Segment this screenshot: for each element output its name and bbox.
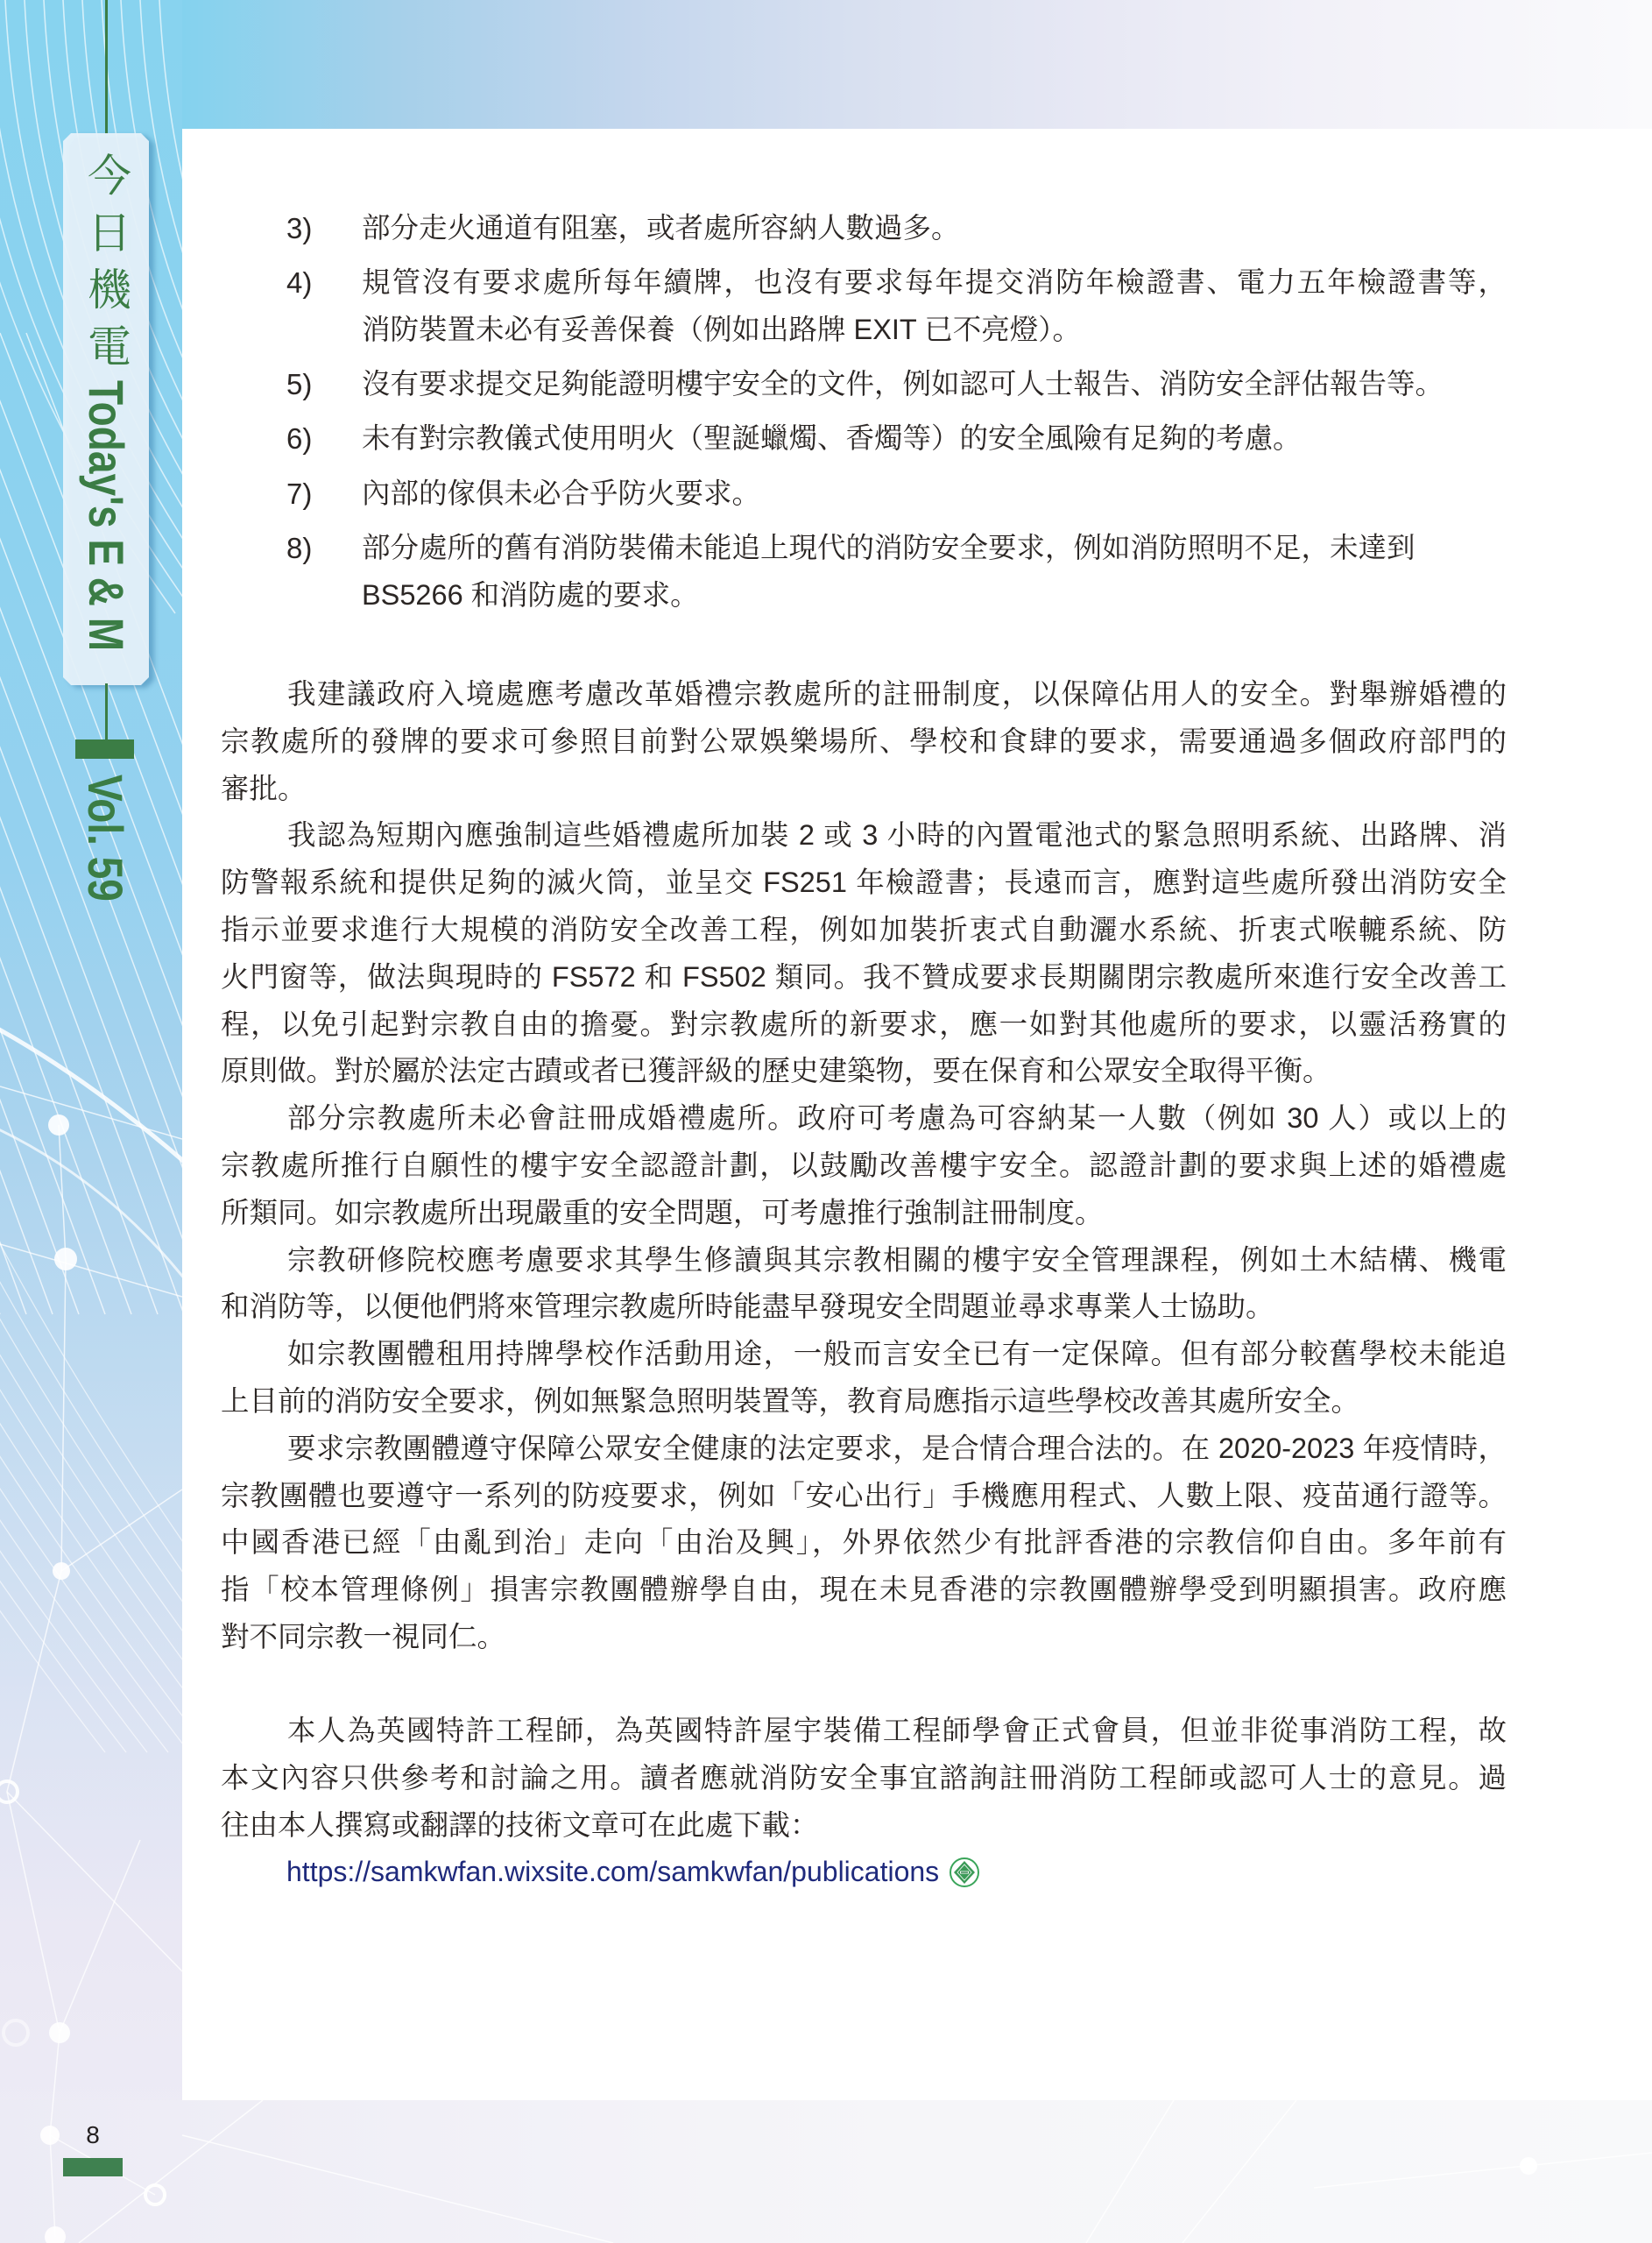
paragraph: 如宗教團體租用持牌學校作活動用途，一般而言安全已有一定保障。但有部分較舊學校未能…: [221, 1331, 1507, 1426]
list-item-number: 7): [286, 471, 362, 518]
paragraph-line: 宗教團體也要遵守一系列的防疫要求，例如「安心出行」手機應用程式、人數上限、疫苗通…: [221, 1473, 1507, 1520]
paragraph: 要求宗教團體遵守保障公眾安全健康的法定要求，是合情合理合法的。在 2020-20…: [221, 1426, 1507, 1661]
paragraph-line: 部分宗教處所未必會註冊成婚禮處所。政府可考慮為可容納某一人數（例如 30 人）或…: [221, 1095, 1507, 1143]
list-item-text: BS5266 和消防處的要求。: [362, 572, 1507, 619]
paragraph-line: 要求宗教團體遵守保障公眾安全健康的法定要求，是合情合理合法的。在 2020-20…: [221, 1426, 1507, 1473]
volume-label: Vol. 59: [74, 775, 137, 902]
list-item-number: 6): [286, 415, 362, 463]
paragraph-line: 原則做。對於屬於法定古蹟或者已獲評級的歷史建築物，要在保育和公眾安全取得平衡。: [221, 1048, 1507, 1095]
magazine-title-en: Today's E & M: [74, 380, 138, 651]
magazine-title-zh: 今日機電: [81, 152, 131, 380]
list-item-text: 規管沒有要求處所每年續牌，也沒有要求每年提交消防年檢證書、電力五年檢證書等，: [362, 259, 1507, 307]
paragraph-line: 防警報系統和提供足夠的滅火筒，並呈交 FS251 年檢證書；長遠而言，應對這些處…: [221, 860, 1507, 907]
paragraph: 部分宗教處所未必會註冊成婚禮處所。政府可考慮為可容納某一人數（例如 30 人）或…: [221, 1095, 1507, 1236]
tab-connector-line-bottom: [105, 683, 108, 741]
list-item-text: 內部的傢俱未必合乎防火要求。: [362, 471, 1507, 518]
paragraph: 我建議政府入境處應考慮改革婚禮宗教處所的註冊制度，以保障佔用人的安全。對舉辦婚禮…: [221, 671, 1507, 812]
paragraph-line: 火門窗等，做法與現時的 FS572 和 FS502 類同。我不贊成要求長期關閉宗…: [221, 954, 1507, 1001]
list-item: 7) 內部的傢俱未必合乎防火要求。: [286, 471, 1507, 518]
volume-marker-bar: [75, 739, 134, 759]
paragraph-line: 程，以免引起對宗教自由的擔憂。對宗教處所的新要求，應一如對其他處所的要求，以靈活…: [221, 1001, 1507, 1049]
list-item: 5) 沒有要求提交足夠能證明樓宇安全的文件，例如認可人士報告、消防安全評估報告等…: [286, 361, 1507, 408]
footer-network-decoration: [0, 2100, 1652, 2243]
list-item-text: 部分處所的舊有消防裝備未能追上現代的消防安全要求，例如消防照明不足，未達到: [362, 525, 1507, 572]
article-paragraphs: 我建議政府入境處應考慮改革婚禮宗教處所的註冊制度，以保障佔用人的安全。對舉辦婚禮…: [221, 671, 1507, 1661]
list-item-number: 8): [286, 525, 362, 572]
publications-link-line: https://samkwfan.wixsite.com/samkwfan/pu…: [221, 1849, 1507, 1896]
tab-connector-line-top: [105, 0, 108, 134]
paragraph: 我認為短期內應強制這些婚禮處所加裝 2 或 3 小時的內置電池式的緊急照明系統、…: [221, 812, 1507, 1095]
list-item-text: 消防裝置未必有妥善保養（例如出路牌 EXIT 已不亮燈）。: [362, 307, 1507, 354]
paragraph-line: 審批。: [221, 766, 1507, 813]
paragraph-line: 所類同。如宗教處所出現嚴重的安全問題，可考慮推行強制註冊制度。: [221, 1190, 1507, 1237]
list-item-text: 未有對宗教儀式使用明火（聖誕蠟燭、香燭等）的安全風險有足夠的考慮。: [362, 415, 1507, 463]
paragraph-line: 往由本人撰寫或翻譯的技術文章可在此處下載：: [221, 1802, 1507, 1850]
paragraph-line: 如宗教團體租用持牌學校作活動用途，一般而言安全已有一定保障。但有部分較舊學校未能…: [221, 1331, 1507, 1378]
list-item-number: 4): [286, 259, 362, 307]
paragraph-line: 我認為短期內應強制這些婚禮處所加裝 2 或 3 小時的內置電池式的緊急照明系統、…: [221, 812, 1507, 860]
publications-link[interactable]: https://samkwfan.wixsite.com/samkwfan/pu…: [286, 1856, 939, 1887]
paragraph-line: 對不同宗教一視同仁。: [221, 1614, 1507, 1661]
article-body: 3) 部分走火通道有阻塞，或者處所容納人數過多。 4) 規管沒有要求處所每年續牌…: [221, 205, 1507, 1896]
paragraph-line: 上目前的消防安全要求，例如無緊急照明裝置等，教育局應指示這些學校改善其處所安全。: [221, 1378, 1507, 1426]
page-number: 8: [75, 2120, 110, 2150]
header-gradient-band: [0, 0, 1652, 129]
page-number-bar: [63, 2158, 123, 2176]
magazine-title-tab: 今日機電Today's E & M: [63, 133, 149, 685]
paragraph-line: 我建議政府入境處應考慮改革婚禮宗教處所的註冊制度，以保障佔用人的安全。對舉辦婚禮…: [221, 671, 1507, 718]
list-item-text: 沒有要求提交足夠能證明樓宇安全的文件，例如認可人士報告、消防安全評估報告等。: [362, 361, 1507, 408]
paragraph-line: 本文內容只供參考和討論之用。讀者應就消防安全事宜諮詢註冊消防工程師或認可人士的意…: [221, 1755, 1507, 1802]
paragraph: 宗教研修院校應考慮要求其學生修讀與其宗教相關的樓宇安全管理課程，例如土木結構、機…: [221, 1237, 1507, 1332]
emsd-logo-icon: [949, 1857, 980, 1888]
list-item: 8) 部分處所的舊有消防裝備未能追上現代的消防安全要求，例如消防照明不足，未達到…: [286, 525, 1507, 619]
list-item-number: 5): [286, 361, 362, 408]
tab-background: 今日機電Today's E & M: [63, 133, 149, 685]
list-item: 4) 規管沒有要求處所每年續牌，也沒有要求每年提交消防年檢證書、電力五年檢證書等…: [286, 259, 1507, 354]
paragraph-line: 宗教處所的發牌的要求可參照目前對公眾娛樂場所、學校和食肆的要求，需要通過多個政府…: [221, 718, 1507, 766]
list-item-number: 3): [286, 205, 362, 252]
paragraph-line: 本人為英國特許工程師，為英國特許屋宇裝備工程師學會正式會員，但並非從事消防工程，…: [221, 1708, 1507, 1755]
list-item: 6) 未有對宗教儀式使用明火（聖誕蠟燭、香燭等）的安全風險有足夠的考慮。: [286, 415, 1507, 463]
paragraph-line: 指示並要求進行大規模的消防安全改善工程，例如加裝折衷式自動灑水系統、折衷式喉轆系…: [221, 907, 1507, 954]
list-item: 3) 部分走火通道有阻塞，或者處所容納人數過多。: [286, 205, 1507, 252]
magazine-title: 今日機電Today's E & M: [80, 152, 132, 651]
paragraph-line: 指「校本管理條例」損害宗教團體辦學自由，現在未見香港的宗教團體辦學受到明顯損害。…: [221, 1567, 1507, 1614]
author-disclaimer: 本人為英國特許工程師，為英國特許屋宇裝備工程師學會正式會員，但並非從事消防工程，…: [221, 1708, 1507, 1896]
issue-list: 3) 部分走火通道有阻塞，或者處所容納人數過多。 4) 規管沒有要求處所每年續牌…: [221, 205, 1507, 619]
paragraph-line: 宗教研修院校應考慮要求其學生修讀與其宗教相關的樓宇安全管理課程，例如土木結構、機…: [221, 1237, 1507, 1284]
paragraph-line: 和消防等，以便他們將來管理宗教處所時能盡早發現安全問題並尋求專業人士協助。: [221, 1284, 1507, 1331]
paragraph-line: 中國香港已經「由亂到治」走向「由治及興」，外界依然少有批評香港的宗教信仰自由。多…: [221, 1519, 1507, 1567]
list-item-text: 部分走火通道有阻塞，或者處所容納人數過多。: [362, 205, 1507, 252]
paragraph-line: 宗教處所推行自願性的樓宇安全認證計劃，以鼓勵改善樓宇安全。認證計劃的要求與上述的…: [221, 1143, 1507, 1190]
